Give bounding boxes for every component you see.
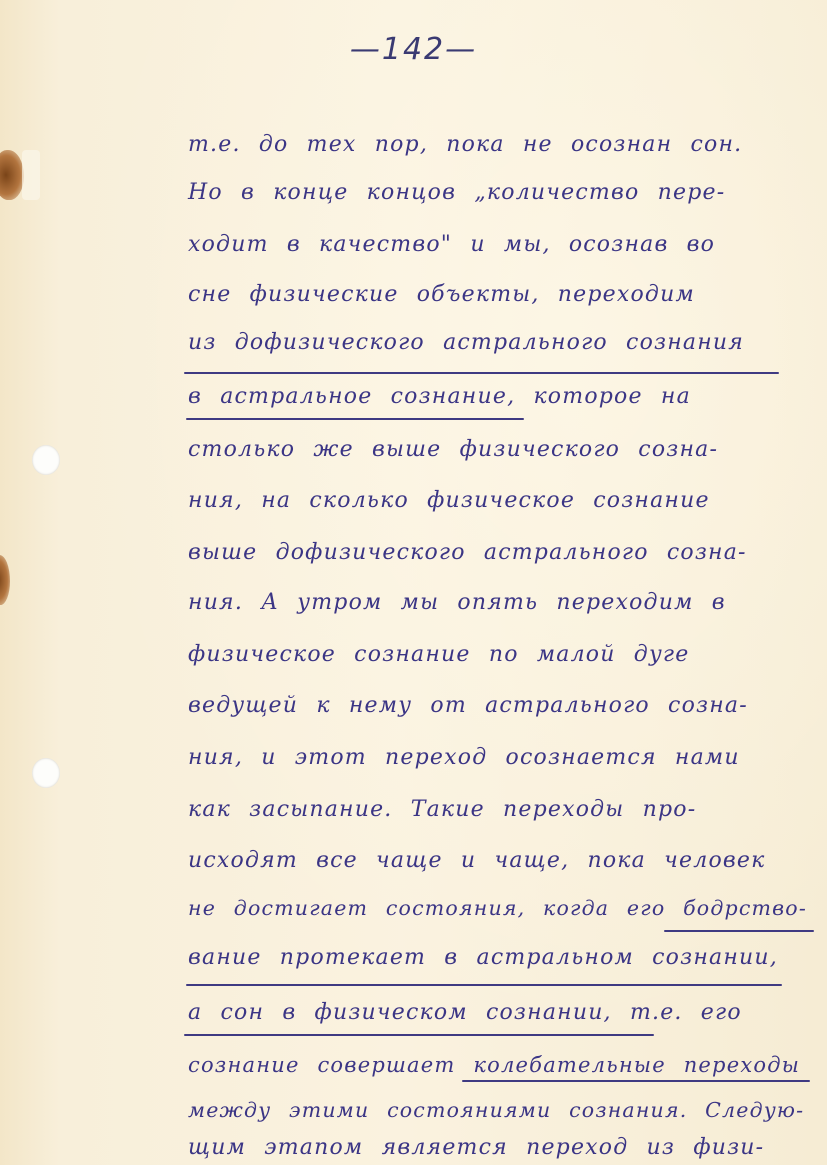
punch-hole-upper — [32, 445, 60, 475]
text-line: не достигает состояния, когда его бодрст… — [188, 896, 807, 920]
underline — [184, 1034, 654, 1036]
text-line: ния, и этот переход осознается нами — [188, 745, 740, 770]
paper-tear — [22, 150, 40, 200]
underline — [186, 984, 782, 986]
page-number: —142— — [0, 32, 827, 67]
underline — [462, 1080, 810, 1082]
text-line: ходит в качество" и мы, осознав во — [188, 232, 715, 257]
stain-top-left — [0, 150, 24, 200]
text-line: щим этапом является переход из физи- — [188, 1135, 764, 1160]
underline — [664, 930, 814, 932]
text-line: в астральное сознание, которое на — [188, 384, 691, 409]
text-line: физическое сознание по малой дуге — [188, 642, 689, 667]
text-line: сне физические объекты, переходим — [188, 282, 695, 307]
text-line: а сон в физическом сознании, т.е. его — [188, 1000, 742, 1025]
text-line: Но в конце концов „количество пере- — [188, 180, 725, 205]
text-line: исходят все чаще и чаще, пока человек — [188, 848, 765, 873]
text-line: ния, на сколько физическое сознание — [188, 488, 710, 513]
text-line: столько же выше физического созна- — [188, 437, 718, 462]
punch-hole-lower — [32, 758, 60, 788]
text-line: ведущей к нему от астрального созна- — [188, 693, 748, 718]
text-line: сознание совершает колебательные переход… — [188, 1053, 800, 1077]
manuscript-page: —142— т.е. до тех пор, пока не осознан с… — [0, 0, 827, 1165]
stain-mid-left — [0, 555, 10, 605]
underline — [184, 372, 779, 374]
text-line: ния. А утром мы опять переходим в — [188, 590, 726, 615]
underline — [186, 418, 524, 420]
text-line: выше дофизического астрального созна- — [188, 540, 747, 565]
text-line: как засыпание. Такие переходы про- — [188, 797, 696, 822]
text-line: между этими состояниями сознания. Следую… — [188, 1098, 804, 1122]
text-line: т.е. до тех пор, пока не осознан сон. — [188, 132, 742, 157]
text-line: вание протекает в астральном сознании, — [188, 945, 778, 970]
text-line: из дофизического астрального сознания — [188, 330, 744, 355]
